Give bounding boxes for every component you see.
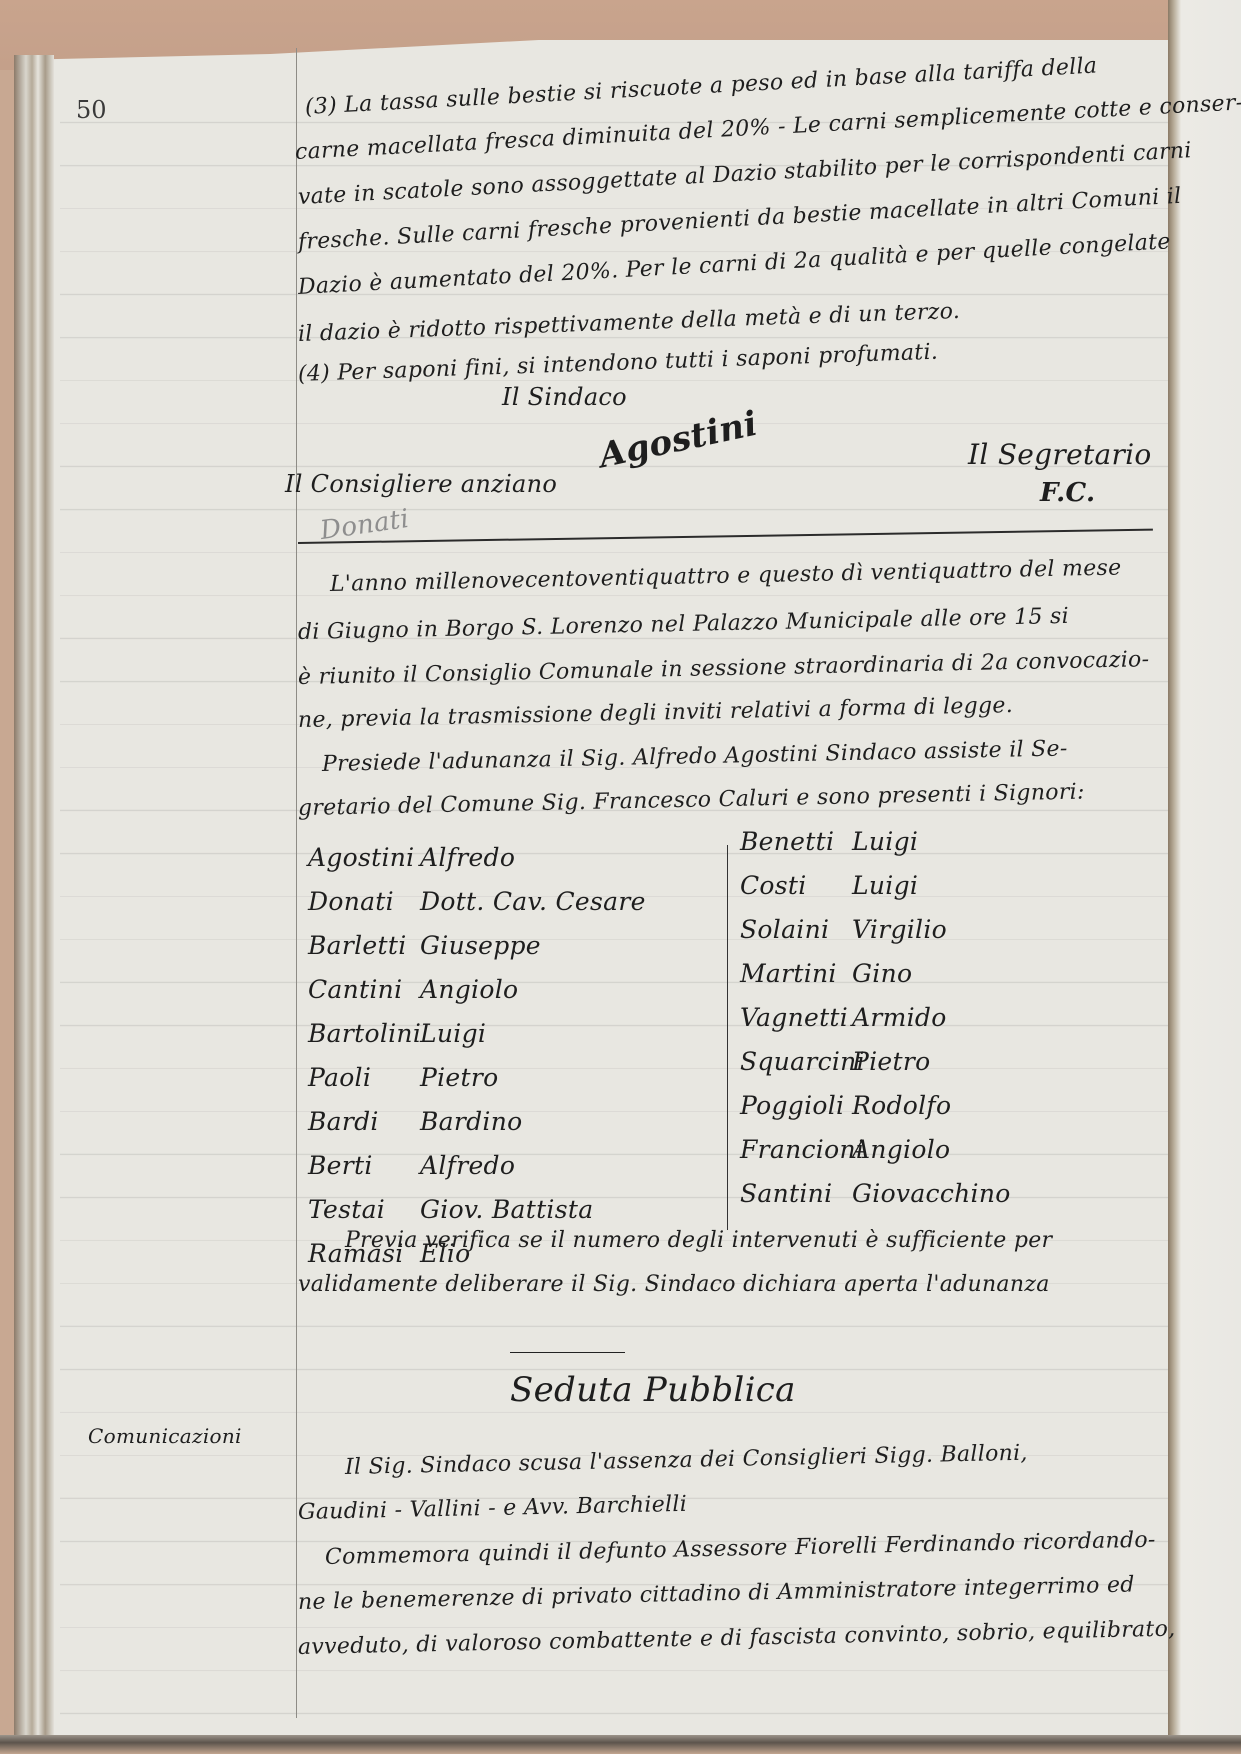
attendee-surname: Berti: [308, 1151, 420, 1180]
attendee-surname: Martini: [740, 959, 852, 988]
attendee-given-name: Virgilio: [852, 915, 947, 944]
attendee-surname: Barletti: [308, 931, 420, 960]
page-number: 50: [76, 96, 107, 124]
attendee-surname: Solaini: [740, 915, 852, 944]
heading-overline: [510, 1352, 625, 1353]
attendee-given-name: Giuseppe: [420, 931, 541, 960]
attendee-given-name: Armido: [852, 1003, 947, 1032]
attendee-row: SolainiVirgilio: [740, 900, 1011, 944]
attendee-given-name: Angiolo: [852, 1135, 950, 1164]
attendee-row: CostiLuigi: [740, 856, 1011, 900]
attendee-row: BertiAlfredo: [308, 1136, 646, 1180]
attendee-row: TestaiGiov. Battista: [308, 1180, 646, 1224]
attendee-given-name: Bardino: [420, 1107, 522, 1136]
councillor-label: Il Consigliere anziano: [285, 470, 557, 498]
attendee-given-name: Rodolfo: [852, 1091, 951, 1120]
attendee-row: BartoliniLuigi: [308, 1004, 646, 1048]
attendee-surname: Cantini: [308, 975, 420, 1004]
attendee-given-name: Pietro: [852, 1047, 930, 1076]
attendee-given-name: Luigi: [852, 827, 918, 856]
attendee-surname: Benetti: [740, 827, 852, 856]
attendee-surname: Bartolini: [308, 1019, 420, 1048]
attendees-left-column: AgostiniAlfredo DonatiDott. Cav. Cesare …: [308, 828, 646, 1268]
margin-line: [296, 48, 297, 1718]
attendee-given-name: Gino: [852, 959, 912, 988]
attendee-row: BenettiLuigi: [740, 812, 1011, 856]
attendee-row: MartiniGino: [740, 944, 1011, 988]
attendee-given-name: Giovacchino: [852, 1179, 1011, 1208]
secretary-label: Il Segretario: [968, 438, 1152, 471]
attendee-surname: Poggioli: [740, 1091, 852, 1120]
book-bottom-edge: [0, 1735, 1241, 1754]
attendee-surname: Donati: [308, 887, 420, 916]
attendee-given-name: Alfredo: [420, 1151, 515, 1180]
attendee-row: PaoliPietro: [308, 1048, 646, 1092]
attendee-given-name: Angiolo: [420, 975, 518, 1004]
attendee-surname: Bardi: [308, 1107, 420, 1136]
attendee-row: BardiBardino: [308, 1092, 646, 1136]
attendee-row: CantiniAngiolo: [308, 960, 646, 1004]
margin-note: Comunicazioni: [88, 1424, 242, 1448]
next-page-edge: [1168, 0, 1241, 1754]
attendee-row: SantiniGiovacchino: [740, 1164, 1011, 1208]
attendees-right-column: BenettiLuigi CostiLuigi SolainiVirgilio …: [740, 812, 1011, 1208]
secretary-signature: F.C.: [1040, 478, 1095, 508]
attendee-surname: Costi: [740, 871, 852, 900]
attendee-surname: Santini: [740, 1179, 852, 1208]
book-binding: [14, 55, 54, 1735]
attendee-surname: Squarcini: [740, 1047, 852, 1076]
attendee-row: PoggioliRodolfo: [740, 1076, 1011, 1120]
attendee-given-name: Giov. Battista: [420, 1195, 593, 1224]
verification-line: validamente deliberare il Sig. Sindaco d…: [298, 1272, 1050, 1297]
section-heading: Seduta Pubblica: [510, 1370, 796, 1410]
attendee-row: VagnettiArmido: [740, 988, 1011, 1032]
attendee-surname: Vagnetti: [740, 1003, 852, 1032]
attendee-surname: Agostini: [308, 843, 420, 872]
attendee-given-name: Luigi: [852, 871, 918, 900]
attendee-row: AgostiniAlfredo: [308, 828, 646, 872]
attendee-surname: Testai: [308, 1195, 420, 1224]
mayor-label: Il Sindaco: [502, 383, 627, 411]
attendees-column-divider: [727, 845, 728, 1230]
attendee-row: SquarciniPietro: [740, 1032, 1011, 1076]
attendee-surname: Francioni: [740, 1135, 852, 1164]
attendee-given-name: Dott. Cav. Cesare: [420, 887, 646, 916]
attendee-row: DonatiDott. Cav. Cesare: [308, 872, 646, 916]
attendee-given-name: Pietro: [420, 1063, 498, 1092]
attendee-given-name: Luigi: [420, 1019, 486, 1048]
attendee-given-name: Alfredo: [420, 843, 515, 872]
verification-line: Previa verifica se il numero degli inter…: [345, 1228, 1052, 1253]
attendee-surname: Paoli: [308, 1063, 420, 1092]
attendee-row: BarlettiGiuseppe: [308, 916, 646, 960]
attendee-row: FrancioniAngiolo: [740, 1120, 1011, 1164]
